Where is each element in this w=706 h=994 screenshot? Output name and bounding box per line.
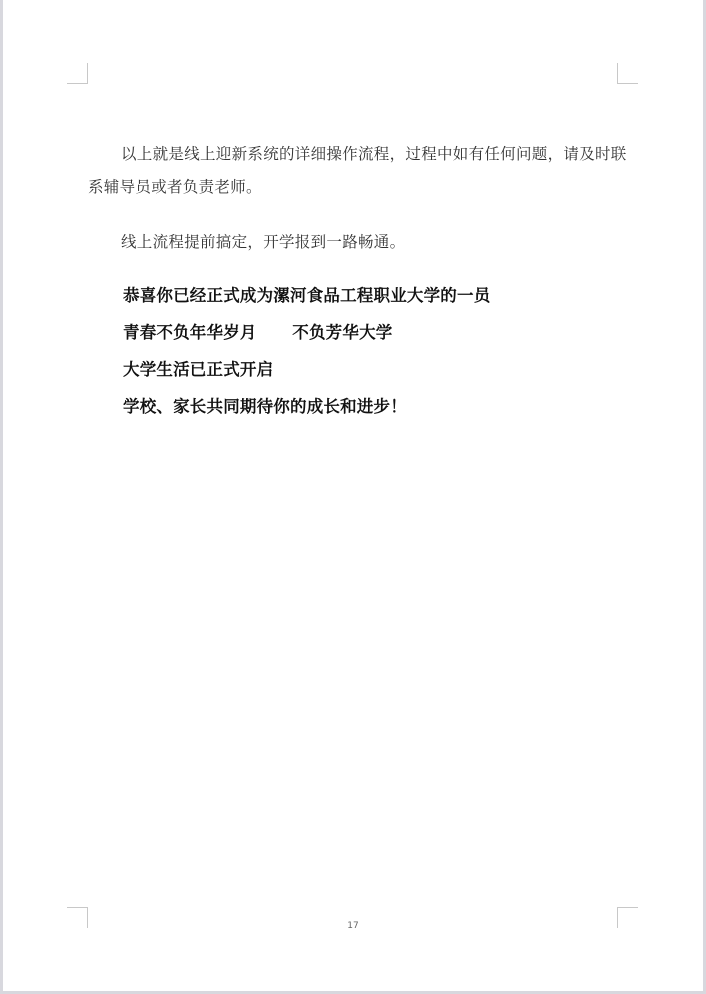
paragraph-process-summary: 以上就是线上迎新系统的详细操作流程，过程中如有任何问题，请及时联系辅导员或者负责… [88, 138, 628, 204]
page-number: 17 [343, 921, 363, 931]
youth-line: 青春不负年华岁月 不负芳华大学 [123, 319, 392, 343]
crop-mark-top-right [617, 63, 638, 84]
college-life-line: 大学生活已正式开启 [123, 356, 273, 380]
crop-mark-bottom-left [67, 907, 88, 928]
crop-mark-bottom-right [617, 907, 638, 928]
congrats-line: 恭喜你已经正式成为漯河食品工程职业大学的一员 [123, 282, 490, 306]
expectation-line: 学校、家长共同期待你的成长和进步！ [123, 393, 407, 417]
document-page: 以上就是线上迎新系统的详细操作流程，过程中如有任何问题，请及时联系辅导员或者负责… [3, 0, 703, 991]
crop-mark-top-left [67, 63, 88, 84]
paragraph-online-process: 线上流程提前搞定，开学报到一路畅通。 [88, 226, 628, 259]
